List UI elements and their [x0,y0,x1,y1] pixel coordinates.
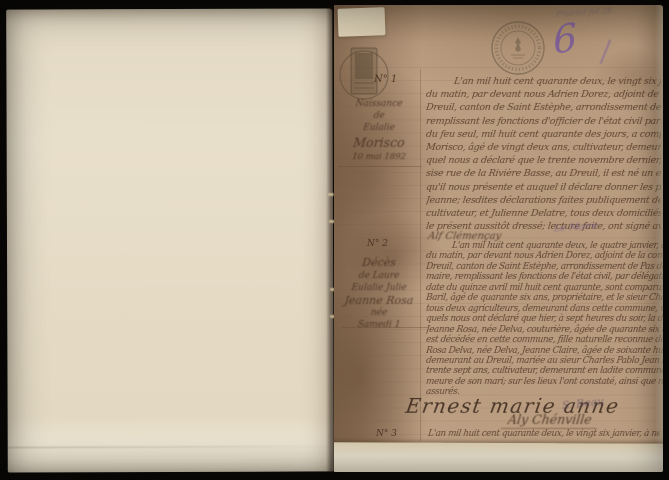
handwritten-line: Jeanne; lesdites déclarations faites pub… [426,194,661,207]
act1-number: N° 1 [374,74,397,85]
closing-signature: Aly Chénville [501,412,599,429]
handwritten-line: quels nous ont déclaré que hier, à sept … [426,314,663,324]
handwritten-line: maire, remplissant les fonctions de l'ét… [426,272,663,282]
folio-number: 6 [552,15,578,63]
register-scan: Prairial fol 28 6 N° 1 NaissancedeEulali… [0,0,669,480]
act3-number: N° 3 [376,429,397,439]
handwritten-line: demeurant au Dreuil, mariée au sieur Cha… [426,356,663,366]
handwritten-line: Dreuil, canton de Saint Estèphe, arrondi… [426,262,663,272]
page-right-edge [655,5,663,444]
handwritten-line: quel nous a déclaré que le trente novemb… [426,154,661,167]
act3-body-text: L'an mil huit cent quarante deux, le vin… [428,429,660,442]
official-round-stamp-icon [489,19,547,77]
margin-line: Morisco [336,134,422,151]
blank-verso-page [6,8,334,472]
handwritten-line: du matin, par devant nous Adrien Dorez, … [426,88,661,101]
margin-line: de Laure [336,270,422,282]
act1-margin-annotation: NaissancedeEulalieMorisco10 mai 1892 [336,98,422,170]
act2-margin-annotation: Décèsde LaureEulalie JulieJeanne Rosanée… [336,256,422,332]
margin-line: de [336,110,422,122]
handwritten-line: du feu seul, mil huit cent quarante des … [426,128,661,141]
handwritten-line: qu'il nous présente et auquel il déclare… [426,181,661,194]
act1-body-text: L'an mil huit cent quarante deux, le vin… [426,75,661,235]
margin-line: 10 mai 1892 [336,151,422,164]
handwritten-line: L'an mil huit cent quarante deux, le vin… [428,429,660,440]
handwritten-line: Jeanne Rosa, née Delva, couturière, âgée… [426,325,663,335]
handwritten-line: trente sept ans, cultivateur, demeurant … [426,366,663,376]
margin-line: née [336,307,422,319]
manuscript-recto-page: Prairial fol 28 6 N° 1 NaissancedeEulali… [334,5,663,472]
page-bottom-edge [334,442,663,472]
page-fold-line [8,445,334,448]
handwritten-line: sise rue de la Rivière Basse, au Dreuil,… [426,167,661,180]
purple-ink-tick [600,39,623,68]
handwritten-line: Rosa Delva, née Delva, Jeanne Claire, âg… [426,346,663,356]
handwritten-line: Baril, âgé de quarante six ans, propriét… [426,293,663,303]
handwritten-line: date du quinze avril mil huit cent quara… [426,283,663,293]
handwritten-line: est décédée en cette commune, fille natu… [426,335,663,345]
handwritten-line: Morisco, âgé de vingt deux ans, cultivat… [426,141,661,154]
handwritten-line: L'an mil huit cent quarante deux, le vin… [426,75,661,88]
handwritten-line: meure de son mari; sur les lieux l'ont c… [426,377,663,387]
margin-line: Jeanne Rosa [336,294,422,307]
paper-repair-patch [338,7,386,37]
act2-body-text: L'an mil huit cent quarante deux, le qua… [426,241,663,398]
margin-line: Samedi 1 [336,319,422,331]
handwritten-line: du matin, par devant nous Adrien Dorez, … [426,251,663,261]
handwritten-line: remplissant les fonctions d'officier de … [426,115,661,128]
handwritten-line: L'an mil huit cent quarante deux, le qua… [426,241,663,251]
margin-line: Décès [336,256,422,270]
act2-number: N° 2 [367,239,388,249]
margin-line: Eulalie [336,122,422,134]
margin-line: Naissance [336,98,422,110]
handwritten-line: cultivateur, et Julienne Delatre, tous d… [426,207,661,220]
handwritten-line: tous deux agriculteurs, demeurant dans c… [426,304,663,314]
handwritten-line: Dreuil, canton de Saint Estèphe, arrondi… [426,101,661,114]
margin-line: Eulalie Julie [336,282,422,294]
